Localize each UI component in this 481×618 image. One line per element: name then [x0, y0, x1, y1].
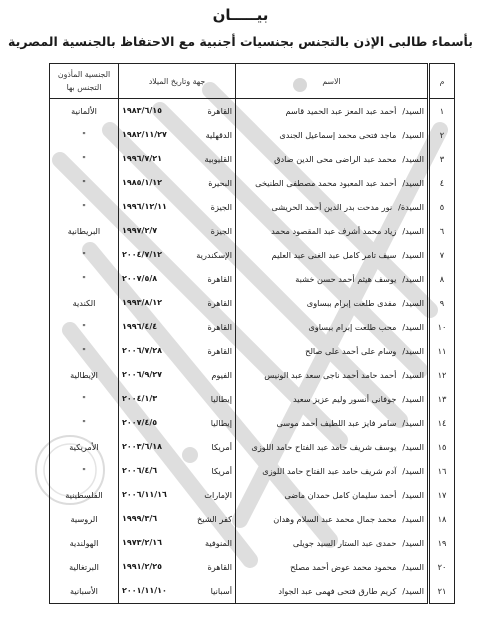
birth-date: ٢٠٠٦/٤/٦: [122, 466, 157, 476]
table-row: ١٨ السيد/محمد جمال محمد عبد السلام وهدان…: [50, 507, 455, 531]
table-row: ١٣ السيد/جوفانى أنسور وليم عزيز سعيد إيط…: [50, 387, 455, 411]
honorific: السيد/: [402, 346, 424, 356]
row-number: ٤: [429, 171, 455, 195]
honorific: السيد/: [402, 514, 424, 524]
applicant-name-cell: السيد/حمدى عبد الستار السيد جويلى: [236, 531, 429, 555]
honorific: السيد/: [402, 538, 424, 548]
applicant-name: كريم طارق فتحى فهمى عبد الجواد: [278, 586, 396, 596]
birth-date: ١٩٩٦/٧/٢١: [122, 154, 162, 164]
birth-cell: البحيرة١٩٨٥/١/١٢: [119, 171, 236, 195]
birth-cell: الجيزة١٩٩٦/١٢/١١: [119, 195, 236, 219]
applicant-name-cell: السيد/جوفانى أنسور وليم عزيز سعيد: [236, 387, 429, 411]
birth-cell: القاهرة١٩٩٦/٤/٤: [119, 315, 236, 339]
birth-date: ١٩٧٣/٢/١٦: [122, 538, 162, 548]
applicant-name: أحمد سليمان كامل حمدان ماضى: [284, 490, 396, 500]
applicant-name: سامر فايز عبد اللطيف أحمد موسى: [276, 418, 396, 428]
row-number: ١٣: [429, 387, 455, 411]
row-number: ٣: [429, 147, 455, 171]
applicant-name: حمدى عبد الستار السيد جويلى: [293, 538, 397, 548]
birth-place: أمريكا: [212, 442, 232, 452]
table-body: ١ السيد/أحمد عبد المعز عبد الحميد قاسم ا…: [50, 99, 455, 604]
applicant-name-cell: السيد/أحمد سليمان كامل حمدان ماضى: [236, 483, 429, 507]
birth-date: ١٩٩٦/١٢/١١: [122, 202, 167, 212]
honorific: السيد/: [402, 562, 424, 572]
nationality: ": [50, 411, 119, 435]
birth-place: القاهرة: [207, 298, 232, 308]
applicant-name-cell: السيد/محمود محمد عوض أحمد مصلح: [236, 555, 429, 579]
applicant-name-cell: السيد/ماجد فتحى محمد إسماعيل الجندى: [236, 123, 429, 147]
applicant-name: يوسف شريف حامد عبد الفتاح حامد اللوزى: [251, 442, 396, 452]
applicant-name-cell: السيد/آدم شريف حامد عبد الفتاح حامد اللو…: [236, 459, 429, 483]
birth-place: البحيرة: [208, 178, 232, 188]
birth-place: القاهرة: [207, 562, 232, 572]
nationality: الكندية: [50, 291, 119, 315]
applicant-name: يوسف هيثم أحمد حسن خشبة: [295, 274, 396, 284]
birth-cell: الإسكندرية٢٠٠٤/٧/١٢: [119, 243, 236, 267]
applicant-name-cell: السيد/محمد عبد الراضى محى الدين صادق: [236, 147, 429, 171]
nationality: ": [50, 243, 119, 267]
applicant-name: وسام على أحمد على صالح: [305, 346, 396, 356]
birth-place: القاهرة: [207, 106, 232, 116]
birth-cell: القاهرة١٩٩١/٢/٢٥: [119, 555, 236, 579]
birth-date: ١٩٨٥/١/١٢: [122, 178, 162, 188]
table-row: ٤ السيد/أحمد عبد المعبود محمد مصطفى الطن…: [50, 171, 455, 195]
row-number: ١٩: [429, 531, 455, 555]
row-number: ٢: [429, 123, 455, 147]
applicant-name: محب طلعت إبرام ببساوى: [308, 322, 396, 332]
applicants-table: م الاسم جهة وتاريخ الميلاد الجنسية المأذ…: [49, 63, 455, 604]
applicant-name: أحمد حامد أحمد ناجى سعد عبد الونيس: [264, 370, 396, 380]
birth-date: ١٩٩٧/٢/٧: [122, 226, 157, 236]
row-number: ١٤: [429, 411, 455, 435]
row-number: ١٠: [429, 315, 455, 339]
applicant-name-cell: السيد/كريم طارق فتحى فهمى عبد الجواد: [236, 579, 429, 604]
birth-place: القاهرة: [207, 274, 232, 284]
birth-date: ٢٠٠٤/٧/١٢: [122, 250, 162, 260]
applicant-name: سيف تامر كامل عبد الغنى عبد العليم: [272, 250, 397, 260]
applicant-name-cell: السيد/يوسف هيثم أحمد حسن خشبة: [236, 267, 429, 291]
birth-place: الجيزة: [211, 226, 232, 236]
honorific: السيد/: [402, 226, 424, 236]
birth-place: الإمارات: [204, 490, 232, 500]
applicant-name-cell: السيد/أحمد عبد المعز عبد الحميد قاسم: [236, 99, 429, 124]
nationality: الفلسطينية: [50, 483, 119, 507]
header-birth: جهة وتاريخ الميلاد: [119, 64, 236, 99]
applicant-name: محمد جمال محمد عبد السلام وهدان: [273, 514, 396, 524]
nationality: الروسية: [50, 507, 119, 531]
nationality: ": [50, 459, 119, 483]
nationality: الإيطالية: [50, 363, 119, 387]
row-number: ١٧: [429, 483, 455, 507]
table-row: ٨ السيد/يوسف هيثم أحمد حسن خشبة القاهرة٢…: [50, 267, 455, 291]
row-number: ٢١: [429, 579, 455, 604]
row-number: ١١: [429, 339, 455, 363]
applicant-name: نور مدحت بدر الدين أحمد الحريشى: [271, 202, 392, 212]
birth-date: ٢٠٠٦/٧/٢٨: [122, 346, 162, 356]
birth-date: ١٩٨٣/٦/١٥: [122, 106, 162, 116]
table-row: ٧ السيد/سيف تامر كامل عبد الغنى عبد العل…: [50, 243, 455, 267]
birth-place: القاهرة: [207, 346, 232, 356]
nationality: ": [50, 315, 119, 339]
birth-cell: القاهرة٢٠٠٧/٥/٨: [119, 267, 236, 291]
header-nationality: الجنسية المأذون التجنس بها: [50, 64, 119, 99]
birth-place: الجيزة: [211, 202, 232, 212]
birth-place: الفيوم: [211, 370, 232, 380]
applicant-name-cell: السيد/أحمد عبد المعبود محمد مصطفى الطنيخ…: [236, 171, 429, 195]
honorific: السيد/: [402, 178, 424, 188]
birth-cell: إيطاليا٢٠٠٧/٤/٥: [119, 411, 236, 435]
table-row: ٢٠ السيد/محمود محمد عوض أحمد مصلح القاهر…: [50, 555, 455, 579]
birth-date: ٢٠٠٦/١١/١٦: [122, 490, 167, 500]
nationality: الأسبانية: [50, 579, 119, 604]
applicant-name: محمود محمد عوض أحمد مصلح: [290, 562, 396, 572]
nationality: البريطانية: [50, 219, 119, 243]
header-number: م: [429, 64, 455, 99]
birth-place: كفر الشيخ: [197, 514, 232, 524]
honorific: السيد/: [402, 298, 424, 308]
applicant-name-cell: السيد/سامر فايز عبد اللطيف أحمد موسى: [236, 411, 429, 435]
table-row: ٥ السيدة/نور مدحت بدر الدين أحمد الحريشى…: [50, 195, 455, 219]
birth-cell: أمريكا٢٠٠٦/٤/٦: [119, 459, 236, 483]
row-number: ٨: [429, 267, 455, 291]
honorific: السيد/: [402, 586, 424, 596]
honorific: السيد/: [402, 322, 424, 332]
row-number: ١٢: [429, 363, 455, 387]
table-row: ١٢ السيد/أحمد حامد أحمد ناجى سعد عبد الو…: [50, 363, 455, 387]
nationality: الألمانية: [50, 99, 119, 124]
honorific: السيد/: [402, 274, 424, 284]
honorific: السيدة/: [398, 202, 424, 212]
table-row: ١٠ السيد/محب طلعت إبرام ببساوى القاهرة١٩…: [50, 315, 455, 339]
birth-place: الإسكندرية: [196, 250, 232, 260]
table-row: ١٤ السيد/سامر فايز عبد اللطيف أحمد موسى …: [50, 411, 455, 435]
table-row: ١١ السيد/وسام على أحمد على صالح القاهرة٢…: [50, 339, 455, 363]
honorific: السيد/: [402, 394, 424, 404]
birth-date: ٢٠٠٦/٩/٢٧: [122, 370, 162, 380]
honorific: السيد/: [402, 106, 424, 116]
nationality: ": [50, 387, 119, 411]
table-row: ١٧ السيد/أحمد سليمان كامل حمدان ماضى الإ…: [50, 483, 455, 507]
honorific: السيد/: [402, 466, 424, 476]
birth-date: ١٩٩٣/٨/١٢: [122, 298, 162, 308]
honorific: السيد/: [402, 418, 424, 428]
honorific: السيد/: [402, 130, 424, 140]
table-row: ٢١ السيد/كريم طارق فتحى فهمى عبد الجواد …: [50, 579, 455, 604]
birth-cell: القاهرة١٩٩٣/٨/١٢: [119, 291, 236, 315]
birth-cell: الجيزة١٩٩٧/٢/٧: [119, 219, 236, 243]
table-row: ٩ السيد/مفدى طلعت إبرام ببساوى القاهرة١٩…: [50, 291, 455, 315]
applicant-name: جوفانى أنسور وليم عزيز سعيد: [293, 394, 396, 404]
applicant-name-cell: السيد/زياد محمد أشرف عبد المقصود محمد: [236, 219, 429, 243]
birth-cell: أسبانيا٢٠٠١/١١/١٠: [119, 579, 236, 604]
birth-place: إيطاليا: [211, 394, 232, 404]
applicant-name-cell: السيد/وسام على أحمد على صالح: [236, 339, 429, 363]
applicant-name: آدم شريف حامد عبد الفتاح حامد اللوزى: [262, 466, 396, 476]
nationality: ": [50, 267, 119, 291]
table-row: ٦ السيد/زياد محمد أشرف عبد المقصود محمد …: [50, 219, 455, 243]
birth-date: ١٩٩١/٢/٢٥: [122, 562, 162, 572]
birth-date: ٢٠٠١/١١/١٠: [122, 586, 167, 596]
table-row: ١٩ السيد/حمدى عبد الستار السيد جويلى الم…: [50, 531, 455, 555]
applicant-name-cell: السيد/محمد جمال محمد عبد السلام وهدان: [236, 507, 429, 531]
row-number: ٧: [429, 243, 455, 267]
applicant-name-cell: السيدة/نور مدحت بدر الدين أحمد الحريشى: [236, 195, 429, 219]
honorific: السيد/: [402, 490, 424, 500]
applicant-name-cell: السيد/سيف تامر كامل عبد الغنى عبد العليم: [236, 243, 429, 267]
honorific: السيد/: [402, 250, 424, 260]
birth-date: ١٩٩٩/٣/٦: [122, 514, 157, 524]
nationality: ": [50, 339, 119, 363]
applicant-name: أحمد عبد المعز عبد الحميد قاسم: [285, 106, 396, 116]
row-number: ٦: [429, 219, 455, 243]
row-number: ١٥: [429, 435, 455, 459]
row-number: ١٦: [429, 459, 455, 483]
birth-date: ٢٠٠٣/٦/١٨: [122, 442, 162, 452]
table-row: ١٦ السيد/آدم شريف حامد عبد الفتاح حامد ا…: [50, 459, 455, 483]
birth-cell: الدقهلية١٩٨٢/١١/٢٧: [119, 123, 236, 147]
applicant-name: مفدى طلعت إبرام ببساوى: [307, 298, 397, 308]
applicant-name-cell: السيد/يوسف شريف حامد عبد الفتاح حامد الل…: [236, 435, 429, 459]
applicant-name: زياد محمد أشرف عبد المقصود محمد: [271, 226, 396, 236]
birth-date: ٢٠٠٧/٤/٥: [122, 418, 157, 428]
table-row: ١٥ السيد/يوسف شريف حامد عبد الفتاح حامد …: [50, 435, 455, 459]
nationality: الأمريكية: [50, 435, 119, 459]
applicant-name: أحمد عبد المعبود محمد مصطفى الطنيخى: [255, 178, 396, 188]
birth-cell: أمريكا٢٠٠٣/٦/١٨: [119, 435, 236, 459]
row-number: ٥: [429, 195, 455, 219]
nationality: ": [50, 123, 119, 147]
document-subtitle: بأسماء طالبى الإذن بالتجنس بجنسيات أجنبي…: [0, 34, 481, 49]
applicant-name: محمد عبد الراضى محى الدين صادق: [274, 154, 396, 164]
birth-place: المنوفية: [205, 538, 232, 548]
table-row: ٣ السيد/محمد عبد الراضى محى الدين صادق ا…: [50, 147, 455, 171]
row-number: ٢٠: [429, 555, 455, 579]
birth-cell: كفر الشيخ١٩٩٩/٣/٦: [119, 507, 236, 531]
birth-place: إيطاليا: [211, 418, 232, 428]
applicant-name-cell: السيد/محب طلعت إبرام ببساوى: [236, 315, 429, 339]
table-row: ٢ السيد/ماجد فتحى محمد إسماعيل الجندى ال…: [50, 123, 455, 147]
birth-cell: الإمارات٢٠٠٦/١١/١٦: [119, 483, 236, 507]
birth-cell: القاهرة٢٠٠٦/٧/٢٨: [119, 339, 236, 363]
birth-date: ١٩٨٢/١١/٢٧: [122, 130, 167, 140]
nationality: ": [50, 195, 119, 219]
header-name: الاسم: [236, 64, 429, 99]
birth-place: القاهرة: [207, 322, 232, 332]
birth-place: الدقهلية: [206, 130, 232, 140]
birth-cell: المنوفية١٩٧٣/٢/١٦: [119, 531, 236, 555]
birth-place: أمريكا: [212, 466, 232, 476]
birth-place: أسبانيا: [211, 586, 232, 596]
birth-cell: القاهرة١٩٨٣/٦/١٥: [119, 99, 236, 124]
birth-cell: الفيوم٢٠٠٦/٩/٢٧: [119, 363, 236, 387]
nationality: الهولندية: [50, 531, 119, 555]
applicant-name-cell: السيد/مفدى طلعت إبرام ببساوى: [236, 291, 429, 315]
document-title: بيـــــان: [0, 6, 481, 24]
table-header-row: م الاسم جهة وتاريخ الميلاد الجنسية المأذ…: [50, 64, 455, 99]
table-row: ١ السيد/أحمد عبد المعز عبد الحميد قاسم ا…: [50, 99, 455, 124]
honorific: السيد/: [402, 154, 424, 164]
applicant-name-cell: السيد/أحمد حامد أحمد ناجى سعد عبد الونيس: [236, 363, 429, 387]
honorific: السيد/: [402, 442, 424, 452]
honorific: السيد/: [402, 370, 424, 380]
row-number: ١٨: [429, 507, 455, 531]
birth-cell: إيطاليا٢٠٠٤/١/٣: [119, 387, 236, 411]
applicant-name: ماجد فتحى محمد إسماعيل الجندى: [279, 130, 396, 140]
row-number: ١: [429, 99, 455, 124]
nationality: ": [50, 147, 119, 171]
birth-date: ١٩٩٦/٤/٤: [122, 322, 157, 332]
birth-cell: القليوبية١٩٩٦/٧/٢١: [119, 147, 236, 171]
row-number: ٩: [429, 291, 455, 315]
birth-date: ٢٠٠٧/٥/٨: [122, 274, 157, 284]
birth-place: القليوبية: [205, 154, 232, 164]
nationality: ": [50, 171, 119, 195]
nationality: البرتغالية: [50, 555, 119, 579]
birth-date: ٢٠٠٤/١/٣: [122, 394, 157, 404]
